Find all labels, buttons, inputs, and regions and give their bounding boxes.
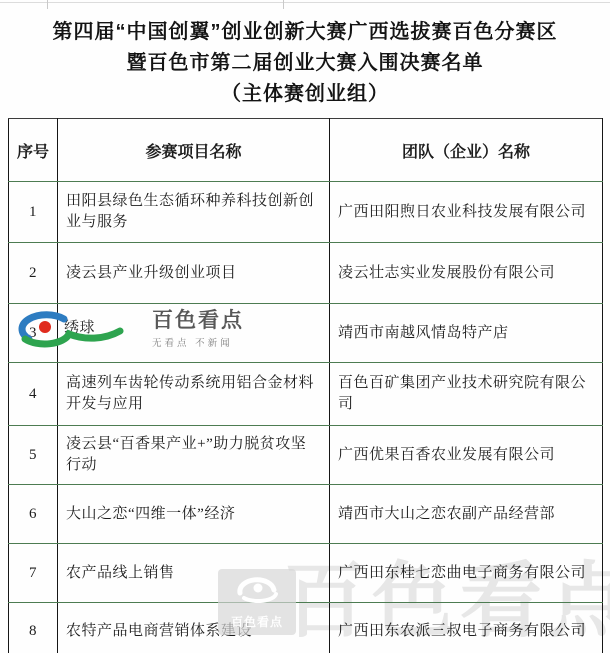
row-number: 5 <box>9 426 58 485</box>
project-name: 凌云县产业升级创业项目 <box>58 243 330 304</box>
table-row: 6 大山之恋“四维一体”经济 靖西市大山之恋农副产品经营部 <box>9 485 603 544</box>
project-name: 田阳县绿色生态循环种养科技创新创业与服务 <box>58 182 330 243</box>
white-swirl-icon <box>232 573 282 609</box>
watermark-name-text: 百色看点 <box>152 310 244 332</box>
project-name: 大山之恋“四维一体”经济 <box>58 485 330 544</box>
project-name: 高速列车齿轮传动系统用铝合金材料开发与应用 <box>58 363 330 426</box>
cropped-table-remnant-tick <box>47 0 48 9</box>
company-name: 广西优果百香农业发展有限公司 <box>330 426 603 485</box>
table-row: 7 农产品线上销售 广西田东桂七恋曲电子商务有限公司 <box>9 544 603 603</box>
baise-kandian-swirl-logo-icon <box>12 306 124 350</box>
company-name: 广西田东桂七恋曲电子商务有限公司 <box>330 544 603 603</box>
header-team-company-name: 团队（企业）名称 <box>330 119 603 182</box>
row-number: 8 <box>9 603 58 653</box>
row-number: 7 <box>9 544 58 603</box>
company-name: 广西田东农派三叔电子商务有限公司 <box>330 603 603 653</box>
company-name: 广西田阳煦日农业科技发展有限公司 <box>330 182 603 243</box>
row-number: 2 <box>9 243 58 304</box>
title-line-3: （主体赛创业组） <box>0 79 610 110</box>
table-header-row: 序号 参赛项目名称 团队（企业）名称 <box>9 119 603 182</box>
company-name: 靖西市大山之恋农副产品经营部 <box>330 485 603 544</box>
table-row: 1 田阳县绿色生态循环种养科技创新创业与服务 广西田阳煦日农业科技发展有限公司 <box>9 182 603 243</box>
title-line-1: 第四届“中国创翼”创业创新大赛广西选拔赛百色分赛区 <box>0 17 610 48</box>
row-number: 1 <box>9 182 58 243</box>
watermark-square-logo: 百色看点 <box>218 569 296 635</box>
table-row: 2 凌云县产业升级创业项目 凌云壮志实业发展股份有限公司 <box>9 243 603 304</box>
watermark-tagline-text: 无看点 不新闻 <box>152 335 244 349</box>
row-number: 6 <box>9 485 58 544</box>
project-name: 凌云县“百香果产业+”助力脱贫攻坚行动 <box>58 426 330 485</box>
row-number: 4 <box>9 363 58 426</box>
company-name: 凌云壮志实业发展股份有限公司 <box>330 243 603 304</box>
cropped-table-remnant-tick <box>283 0 284 9</box>
table-row: 8 农特产品电商营销体系建设 广西田东农派三叔电子商务有限公司 <box>9 603 603 653</box>
company-name: 百色百矿集团产业技术研究院有限公司 <box>330 363 603 426</box>
table-row: 4 高速列车齿轮传动系统用铝合金材料开发与应用 百色百矿集团产业技术研究院有限公… <box>9 363 603 426</box>
finalists-table: 序号 参赛项目名称 团队（企业）名称 1 田阳县绿色生态循环种养科技创新创业与服… <box>8 118 603 653</box>
watermark-baise-kandian-row3: 百色看点 无看点 不新闻 <box>152 310 244 349</box>
cropped-table-remnant-line <box>0 2 610 3</box>
table-row: 5 凌云县“百香果产业+”助力脱贫攻坚行动 广西优果百香农业发展有限公司 <box>9 426 603 485</box>
header-serial-number: 序号 <box>9 119 58 182</box>
watermark-square-label: 百色看点 <box>231 613 283 630</box>
document-title: 第四届“中国创翼”创业创新大赛广西选拔赛百色分赛区 暨百色市第二届创业大赛入围决… <box>0 17 610 110</box>
article-page: { "title": { "line1": "第四届“中国创翼”创业创新大赛广西… <box>0 0 610 653</box>
title-line-2: 暨百色市第二届创业大赛入围决赛名单 <box>0 48 610 79</box>
company-name: 靖西市南越风情岛特产店 <box>330 304 603 363</box>
header-project-name: 参赛项目名称 <box>58 119 330 182</box>
